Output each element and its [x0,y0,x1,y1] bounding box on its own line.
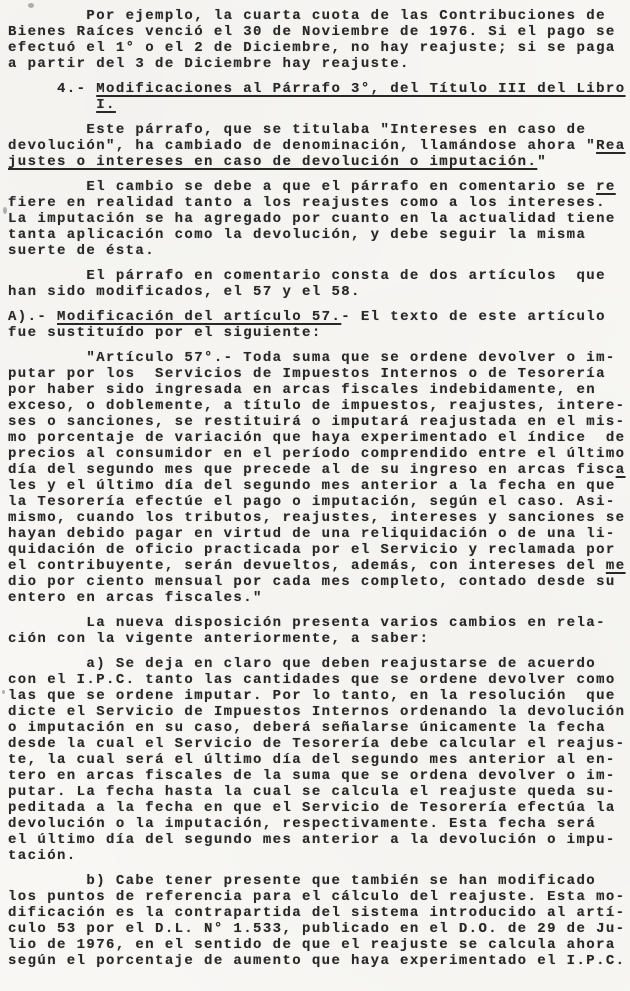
text-segment: tación. [8,848,77,864]
paragraph: Por ejemplo, la cuarta cuota de las Cont… [8,8,630,72]
text-segment: dicte el Servicio de Impuestos Internos … [8,704,626,720]
text-segment: b) Cabe tener presente que también se ha… [8,873,596,889]
text-segment: efectuó el 1° o el 2 de Diciembre, no ha… [8,40,616,56]
text-segment: a partir del 3 de Diciembre hay reajuste… [8,56,410,72]
text-segment [8,97,96,113]
underlined-text: Modificaciones al Párrafo 3°, del Título… [96,81,625,97]
text-segment: les y el último día del segundo mes ante… [8,478,616,494]
underlined-text: re [596,179,616,195]
text-segment: con el I.P.C. tanto las cantidades que s… [8,672,616,688]
text-segment: día del segundo mes que precede al de su… [8,462,616,478]
text-segment: hayan debido pagar en virtud de una reli… [8,526,616,542]
text-segment: el último día del segundo mes anterior a… [8,832,616,848]
text-segment: "Artículo 57°.- Toda suma que se ordene … [8,350,616,366]
text-segment: los puntos de referencia para el cálculo… [8,889,626,905]
paragraph: b) Cabe tener presente que también se ha… [8,873,630,969]
text-segment: devolución", ha cambiado de denominación… [8,138,596,154]
text-segment: El cambio se debe a que el párrafo en co… [8,179,596,195]
text-segment: el contribuyente, serán devueltos, ademá… [8,558,606,574]
text-segment: El párrafo en comentario consta de dos a… [8,268,606,284]
text-segment: a) Se deja en claro que deben reajustars… [8,656,596,672]
text-segment: 4.- [8,81,96,97]
text-segment: " [537,154,547,170]
text-segment: han sido modificados, el 57 y el 58. [8,284,361,300]
underlined-text: Rea [596,138,625,154]
text-segment: por haber sido ingresada en arcas fiscal… [8,382,596,398]
text-segment: Por ejemplo, la cuarta cuota de las Cont… [8,8,606,24]
text-segment: entero en arcas fiscales." [8,590,263,606]
paragraph: Este párrafo, que se titulaba "Intereses… [8,122,630,170]
paragraph: a) Se deja en claro que deben reajustars… [8,656,630,864]
text-segment: fiere en realidad tanto a los reajustes … [8,195,606,211]
text-segment: dio por ciento mensual por cada mes comp… [8,574,616,590]
text-segment: mismo, cuando los tributos, reajustes, i… [8,510,626,526]
text-segment: dificación es la contrapartida del siste… [8,905,626,921]
text-segment: desde la cual el Servicio de Tesorería d… [8,736,626,752]
heading: 4.- Modificaciones al Párrafo 3°, del Tí… [8,81,630,113]
underlined-text: me [606,558,626,574]
text-segment: exceso, o doblemente, a título de impues… [8,398,626,414]
scan-speck [28,3,34,8]
text-segment: A).- [8,309,57,325]
text-segment: ses o sanciones, se restituirá o imputar… [8,414,626,430]
text-segment: putar por los Servicios de Impuestos Int… [8,366,606,382]
text-segment: mo porcentaje de variación que haya expe… [8,430,626,446]
text-segment: Bienes Raíces venció el 30 de Noviembre … [8,24,616,40]
text-segment: La nueva disposición presenta varios cam… [8,615,606,631]
document-body: Por ejemplo, la cuarta cuota de las Cont… [8,8,630,969]
text-segment: según el porcentaje de aumento que haya … [8,953,626,969]
text-segment: la Tesorería efectúe el pago o imputació… [8,494,616,510]
underlined-text: a [616,462,626,478]
text-segment: tero en arcas fiscales de la suma que se… [8,768,616,784]
paragraph: El cambio se debe a que el párrafo en co… [8,179,630,259]
text-segment: fue sustituído por el siguiente: [8,325,322,341]
text-segment: ción con la vigente anteriormente, a sab… [8,631,429,647]
text-segment: culo 53 por el D.L. N° 1.533, publicado … [8,921,626,937]
scan-speck [2,690,5,694]
text-segment: tanta aplicación como la devolución, y d… [8,227,586,243]
paragraph: A).- Modificación del artículo 57.- El t… [8,309,630,341]
paragraph: La nueva disposición presenta varios cam… [8,615,630,647]
underlined-text: I. [96,97,116,113]
text-segment: La imputación se ha agregado por cuanto … [8,211,616,227]
scanned-page: Por ejemplo, la cuarta cuota de las Cont… [0,0,630,991]
text-segment: devolución o la imputación, respectivame… [8,816,596,832]
scan-speck [3,207,7,214]
text-segment: peditada a la fecha en que el Servicio d… [8,800,616,816]
paragraph: El párrafo en comentario consta de dos a… [8,268,630,300]
text-segment: suerte de ésta. [8,243,155,259]
text-segment: lio de 1976, en el sentido de que el rea… [8,937,616,953]
text-segment: precios al consumidor en el período comp… [8,446,626,462]
text-segment: quidación de oficio practicada por el Se… [8,542,616,558]
text-segment: putar. La fecha hasta la cual se calcula… [8,784,616,800]
text-segment: o imputación en su caso, deberá señalars… [8,720,606,736]
text-segment: - El texto de este artículo [341,309,606,325]
text-segment: Este párrafo, que se titulaba "Intereses… [8,122,586,138]
paragraph: "Artículo 57°.- Toda suma que se ordene … [8,350,630,606]
underlined-text: justes o intereses en caso de devolución… [8,154,537,170]
underlined-text: Modificación del artículo 57. [57,309,341,325]
text-segment: te, la cual será el último día del segun… [8,752,616,768]
text-segment: las que se ordene imputar. Por lo tanto,… [8,688,616,704]
